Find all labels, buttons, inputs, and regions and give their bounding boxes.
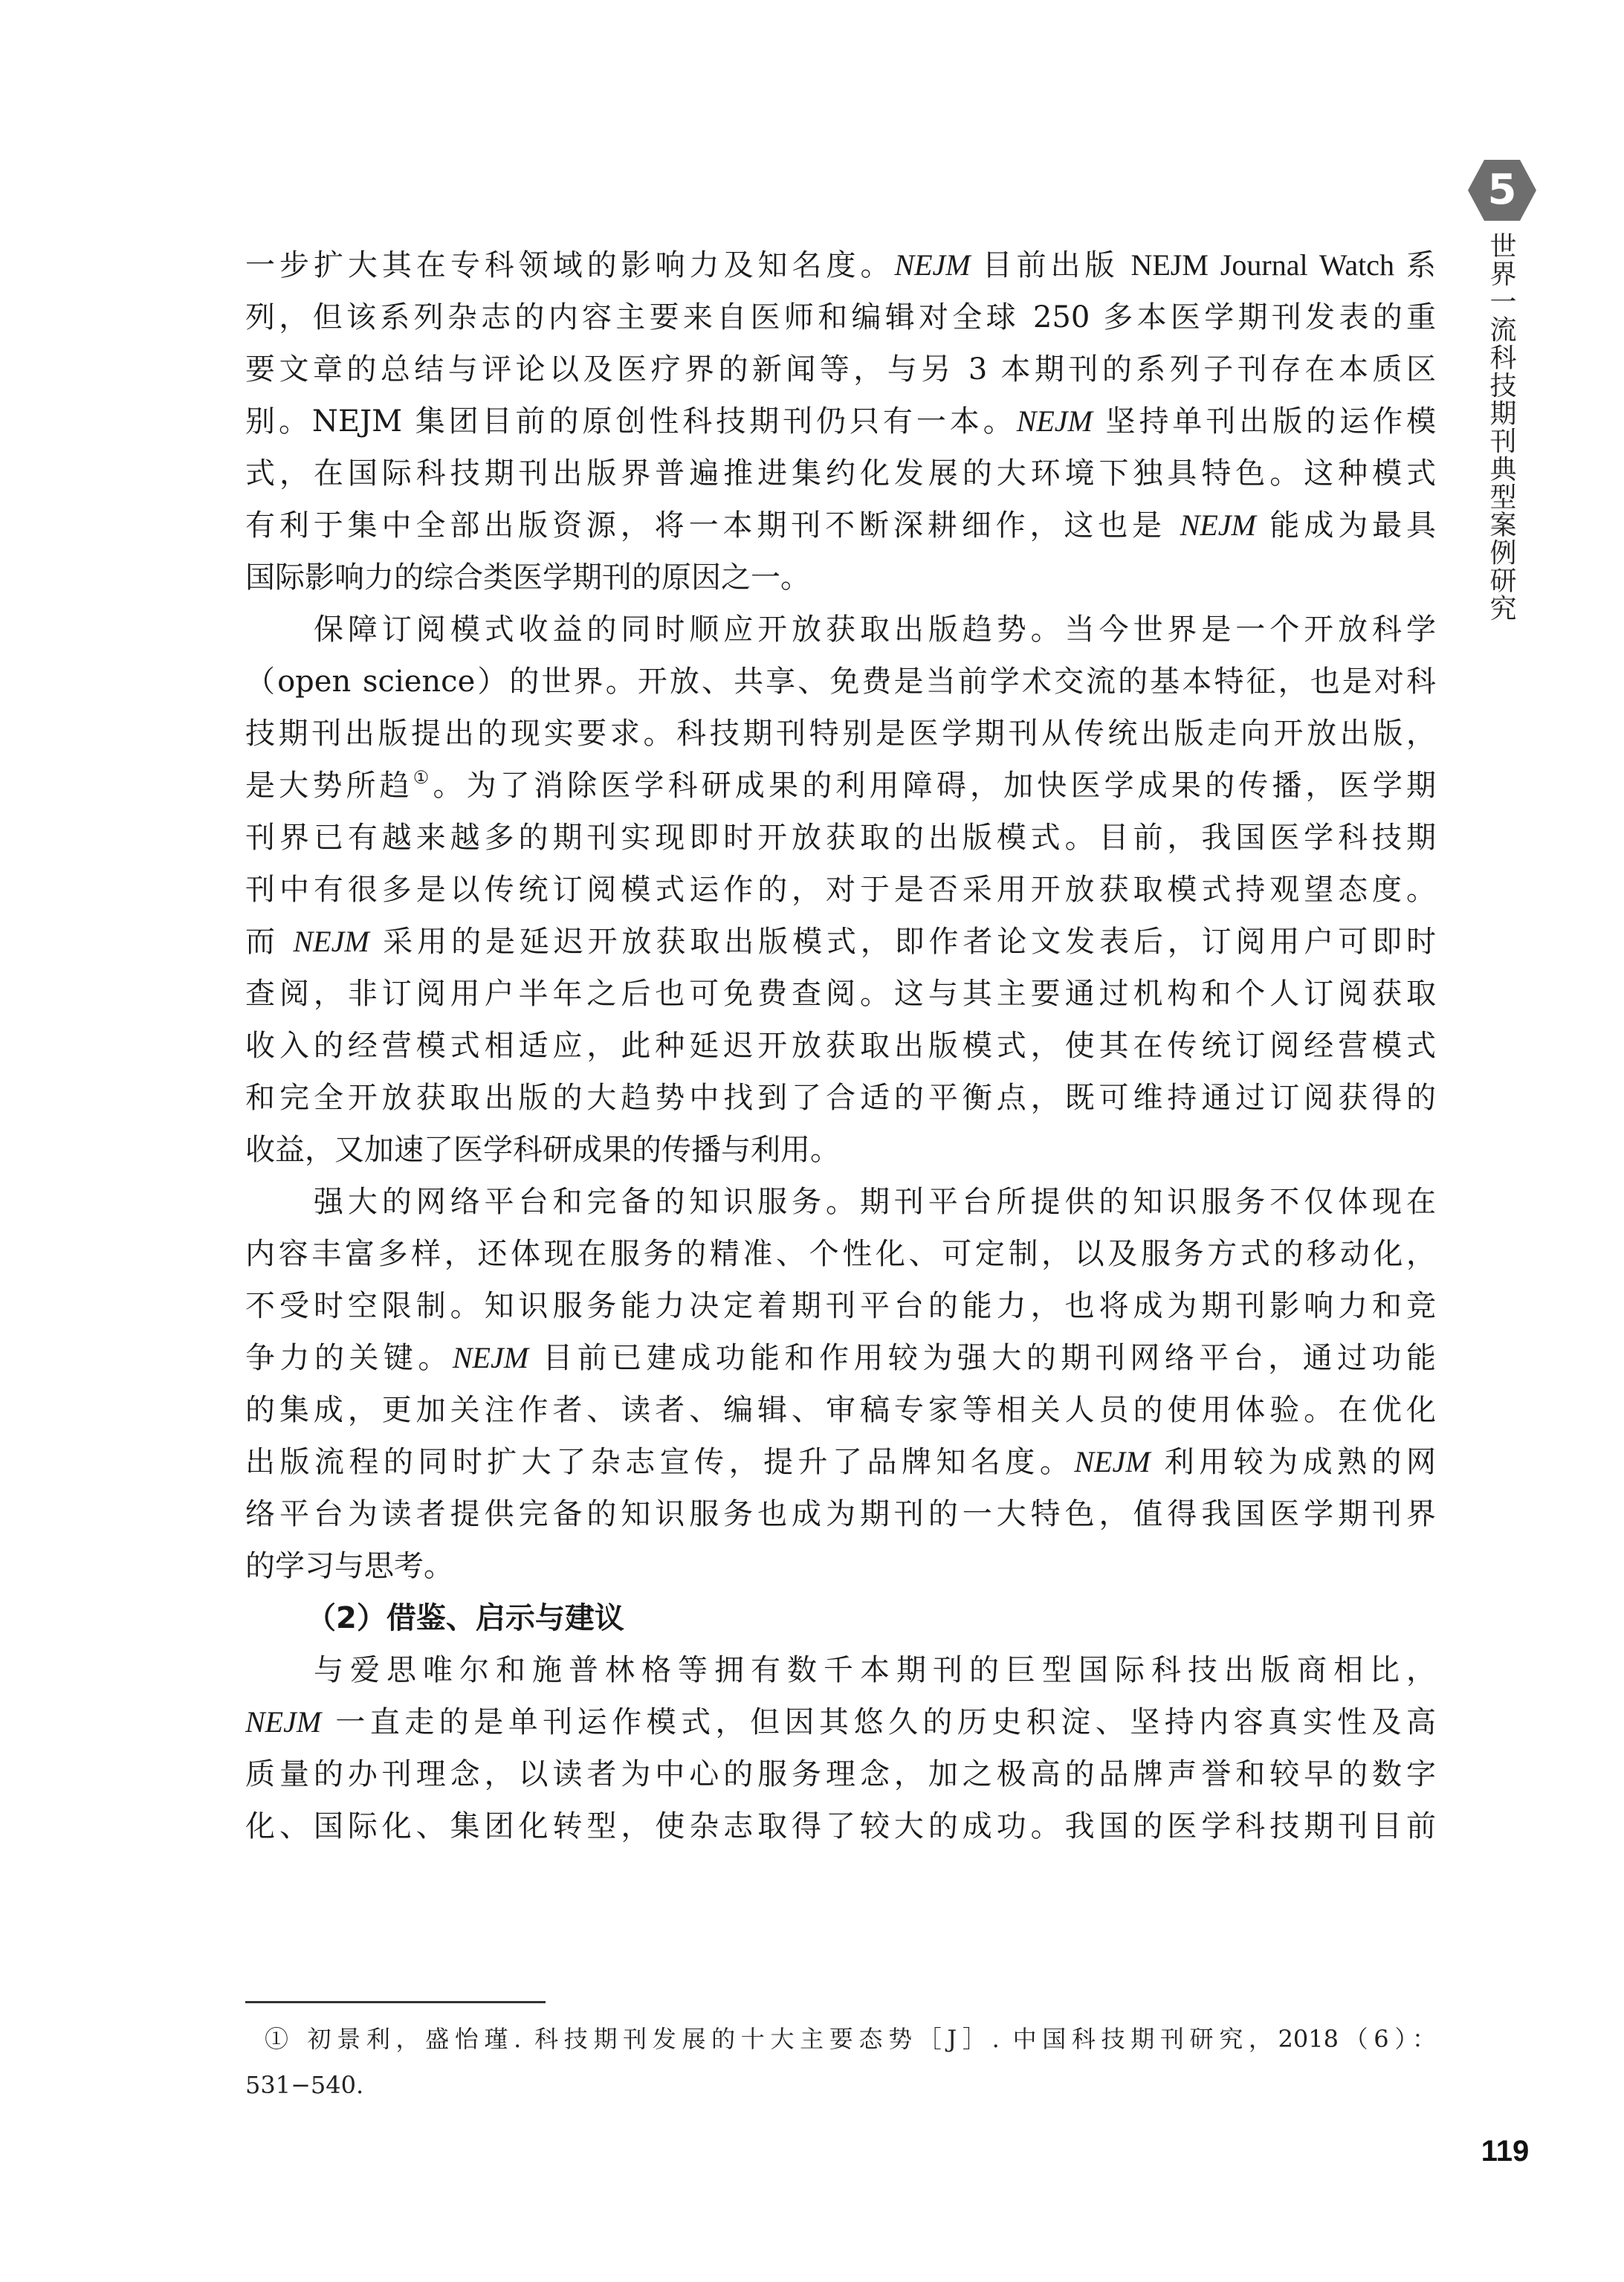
text-line: 出版流程的同时扩大了杂志宣传，提升了品牌知名度。NEJM 利用较为成熟的网 [245,1436,1436,1488]
text-line: 别。NEJM 集团目前的原创性科技期刊仍只有一本。NEJM 坚持单刊出版的运作模 [245,395,1436,447]
footnote-marker[interactable]: ① [413,767,433,788]
chapter-number: 5 [1468,160,1536,221]
text-line: 争力的关键。NEJM 目前已建成功能和作用较为强大的期刊网络平台，通过功能 [245,1332,1436,1384]
text-line: NEJM 一直走的是单刊运作模式，但因其悠久的历史积淀、坚持内容真实性及高 [245,1696,1436,1748]
chapter-tab: 5 [1468,160,1536,221]
footnote-divider [245,2001,546,2003]
text-line: 内容丰富多样，还体现在服务的精准、个性化、可定制，以及服务方式的移动化， [245,1228,1436,1280]
text-line: 刊中有很多是以传统订阅模式运作的，对于是否采用开放获取模式持观望态度。 [245,864,1436,916]
footnote: ① 初景利，盛怡瑾. 科技期刊发展的十大主要态势［J］. 中国科技期刊研究，20… [245,2016,1436,2108]
text-line: 化、国际化、集团化转型，使杂志取得了较大的成功。我国的医学科技期刊目前 [245,1800,1436,1852]
body-text: 一步扩大其在专科领域的影响力及知名度。NEJM 目前出版 NEJM Journa… [245,239,1436,1852]
footnote-line: 531−540. [245,2062,1436,2108]
text-line: 一步扩大其在专科领域的影响力及知名度。NEJM 目前出版 NEJM Journa… [245,239,1436,291]
section-heading: （2）借鉴、启示与建议 [245,1592,1436,1644]
running-title: 世界一流科技期刊典型案例研究 [1486,232,1518,622]
footnote-line: ① 初景利，盛怡瑾. 科技期刊发展的十大主要态势［J］. 中国科技期刊研究，20… [245,2016,1436,2062]
text-line: 要文章的总结与评论以及医疗界的新闻等，与另 3 本期刊的系列子刊存在本质区 [245,343,1436,395]
paragraph-lead-line: 与爱思唯尔和施普林格等拥有数千本期刊的巨型国际科技出版商相比， [245,1644,1436,1696]
text-line: 和完全开放获取出版的大趋势中找到了合适的平衡点，既可维持通过订阅获得的 [245,1072,1436,1124]
text-line: 式，在国际科技期刊出版界普遍推进集约化发展的大环境下独具特色。这种模式 [245,447,1436,500]
text-line: 国际影响力的综合类医学期刊的原因之一。 [245,552,1436,604]
text-line: 的学习与思考。 [245,1540,1436,1592]
text-line: 不受时空限制。知识服务能力决定着期刊平台的能力，也将成为期刊影响力和竞 [245,1280,1436,1332]
text-line: 是大势所趋①。为了消除医学科研成果的利用障碍，加快医学成果的传播，医学期 [245,760,1436,812]
page-number: 119 [1472,2135,1539,2168]
text-line: （open science）的世界。开放、共享、免费是当前学术交流的基本特征，也… [245,656,1436,708]
text-line: 收入的经营模式相适应，此种延迟开放获取出版模式，使其在传统订阅经营模式 [245,1020,1436,1072]
text-line: 的集成，更加关注作者、读者、编辑、审稿专家等相关人员的使用体验。在优化 [245,1384,1436,1436]
paragraph-lead-line: 保障订阅模式收益的同时顺应开放获取出版趋势。当今世界是一个开放科学 [245,604,1436,656]
text-line: 络平台为读者提供完备的知识服务也成为期刊的一大特色，值得我国医学期刊界 [245,1488,1436,1540]
text-line: 质量的办刊理念，以读者为中心的服务理念，加之极高的品牌声誉和较早的数字 [245,1748,1436,1800]
text-line: 收益，又加速了医学科研成果的传播与利用。 [245,1124,1436,1176]
text-line: 技期刊出版提出的现实要求。科技期刊特别是医学期刊从传统出版走向开放出版， [245,708,1436,760]
text-line: 有利于集中全部出版资源，将一本期刊不断深耕细作，这也是 NEJM 能成为最具 [245,500,1436,552]
paragraph-lead-line: 强大的网络平台和完备的知识服务。期刊平台所提供的知识服务不仅体现在 [245,1176,1436,1228]
text-line: 列，但该系列杂志的内容主要来自医师和编辑对全球 250 多本医学期刊发表的重 [245,291,1436,343]
text-line: 刊界已有越来越多的期刊实现即时开放获取的出版模式。目前，我国医学科技期 [245,812,1436,864]
text-line: 而 NEJM 采用的是延迟开放获取出版模式，即作者论文发表后，订阅用户可即时 [245,916,1436,968]
text-line: 查阅，非订阅用户半年之后也可免费查阅。这与其主要通过机构和个人订阅获取 [245,968,1436,1020]
